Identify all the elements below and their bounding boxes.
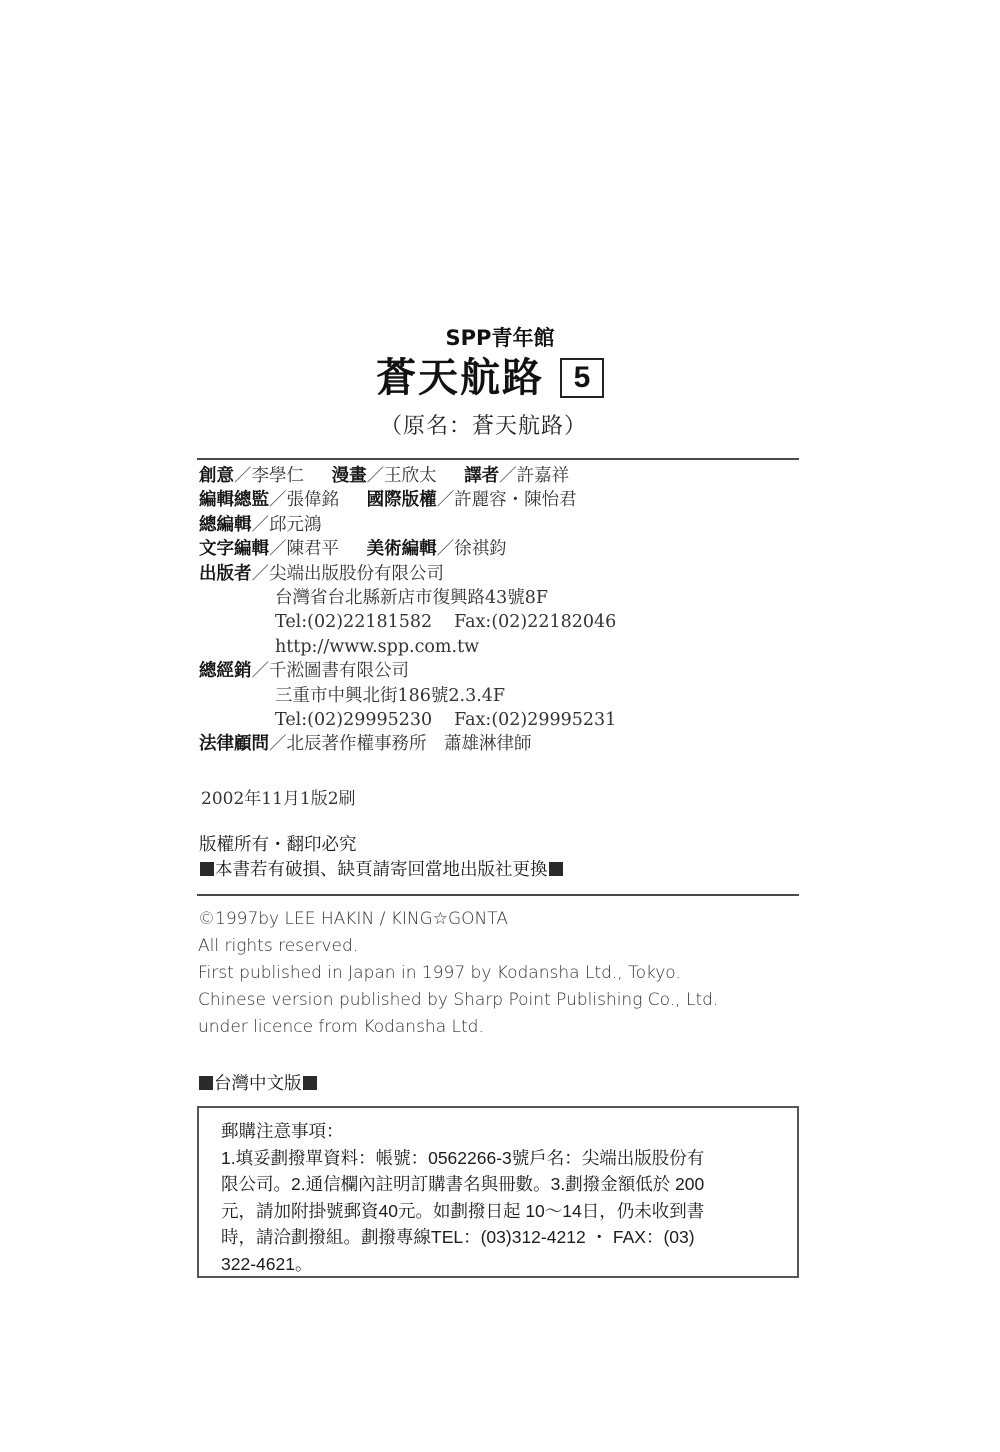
copyright-line: All rights reserved. [198,933,718,960]
book-title-row: 蒼天航路 5 [376,356,604,400]
copyright-line: First published in Japan in 1997 by Koda… [198,960,718,987]
distributor-tel: Tel:(02)29995230 [275,710,432,730]
credit-label: 總編輯 [199,515,252,535]
notice-line: 時，請洽劃撥組。劃撥專線TEL：(03)312-4212 ・ FAX：(03) [221,1224,704,1251]
copyright-line: Chinese version published by Sharp Point… [198,987,718,1014]
mail-order-notice: 郵購注意事項： 1.填妥劃撥單資料：帳號：0562266-3號戶名：尖端出版股份… [221,1118,704,1277]
distributor-line: 總經銷／千淞圖書有限公司 [199,659,616,683]
distributor-name: 千淞圖書有限公司 [269,661,409,681]
black-square-icon [200,862,214,876]
copyright-line: under licence from Kodansha Ltd. [198,1014,718,1041]
credit-value: 許嘉祥 [517,466,570,486]
credit-label: 總經銷 [199,661,252,681]
rights-line: 版權所有・翻印必究 [199,833,564,858]
series-name: SPP青年館 [0,322,1000,352]
copyright-line: ©1997by LEE HAKIN / KING☆GONTA [198,906,718,933]
credit-label: 編輯總監 [199,490,269,510]
credits-block: 創意／李學仁 漫畫／王欣太 譯者／許嘉祥 編輯總監／張偉銘 國際版權／許麗容・陳… [199,464,616,757]
credit-value: 王欣太 [384,466,437,486]
credit-value: 尖端出版股份有限公司 [269,564,444,584]
black-square-icon [199,1076,213,1090]
publisher-address: 台灣省台北縣新店市復興路43號8F [199,586,616,610]
credit-value: 邱元鴻 [269,515,322,535]
credit-label: 漫畫 [332,466,367,486]
notice-line: 1.填妥劃撥單資料：帳號：0562266-3號戶名：尖端出版股份有 [221,1145,704,1172]
credit-value: 張偉銘 [287,490,340,510]
credit-label: 文字編輯 [199,539,269,559]
divider-bottom [197,894,799,896]
book-title: 蒼天航路 [376,356,544,400]
credit-value: 陳君平 [287,539,340,559]
notice-line: 322-4621。 [221,1251,704,1278]
credit-label: 譯者 [464,466,499,486]
credits-line-2: 編輯總監／張偉銘 國際版權／許麗容・陳怡君 [199,488,616,512]
notice-line: 限公司。2.通信欄內註明訂購書名與冊數。3.劃撥金額低於 200 [221,1171,704,1198]
credit-label: 創意 [199,466,234,486]
credits-line-1: 創意／李學仁 漫畫／王欣太 譯者／許嘉祥 [199,464,616,488]
distributor-contact: Tel:(02)29995230Fax:(02)29995231 [199,708,616,732]
legal-value: 北辰著作權事務所 蕭雄淋律師 [287,734,532,754]
mail-order-notice-box: 郵購注意事項： 1.填妥劃撥單資料：帳號：0562266-3號戶名：尖端出版股份… [197,1106,799,1278]
printing-info: 2002年11月1版2刷 [201,784,356,809]
rights-notice-cn: 版權所有・翻印必究 本書若有破損、缺頁請寄回當地出版社更換 [199,833,564,883]
credit-label: 美術編輯 [367,539,437,559]
edition-label: 台灣中文版 [198,1070,318,1095]
credits-line-publisher: 出版者／尖端出版股份有限公司 [199,562,616,586]
replacement-notice: 本書若有破損、缺頁請寄回當地出版社更換 [199,858,564,883]
notice-line: 元，請加附掛號郵資40元。如劃撥日起 10～14日，仍未收到書 [221,1198,704,1225]
publisher-url: http://www.spp.com.tw [199,635,616,659]
distributor-address: 三重市中興北街186號2.3.4F [199,684,616,708]
volume-number-box: 5 [560,358,604,398]
original-title: （原名：蒼天航路） [380,409,587,440]
publisher-tel: Tel:(02)22181582 [275,612,432,632]
credit-label: 國際版權 [367,490,437,510]
credit-value: 李學仁 [252,466,305,486]
black-square-icon [549,862,563,876]
credits-line-3: 總編輯／邱元鴻 [199,513,616,537]
publisher-fax: Fax:(02)22182046 [454,612,616,632]
divider-top [197,458,799,460]
credit-value: 徐祺鈞 [454,539,507,559]
legal-line: 法律顧問／北辰著作權事務所 蕭雄淋律師 [199,732,616,756]
distributor-fax: Fax:(02)29995231 [454,710,616,730]
black-square-icon [303,1076,317,1090]
credit-label: 法律顧問 [199,734,269,754]
notice-line: 郵購注意事項： [221,1118,704,1145]
credit-value: 許麗容・陳怡君 [454,490,577,510]
copyright-english: ©1997by LEE HAKIN / KING☆GONTA All right… [198,906,718,1041]
publisher-contact: Tel:(02)22181582Fax:(02)22182046 [199,610,616,634]
credits-line-4: 文字編輯／陳君平 美術編輯／徐祺鈞 [199,537,616,561]
credit-label: 出版者 [199,564,252,584]
